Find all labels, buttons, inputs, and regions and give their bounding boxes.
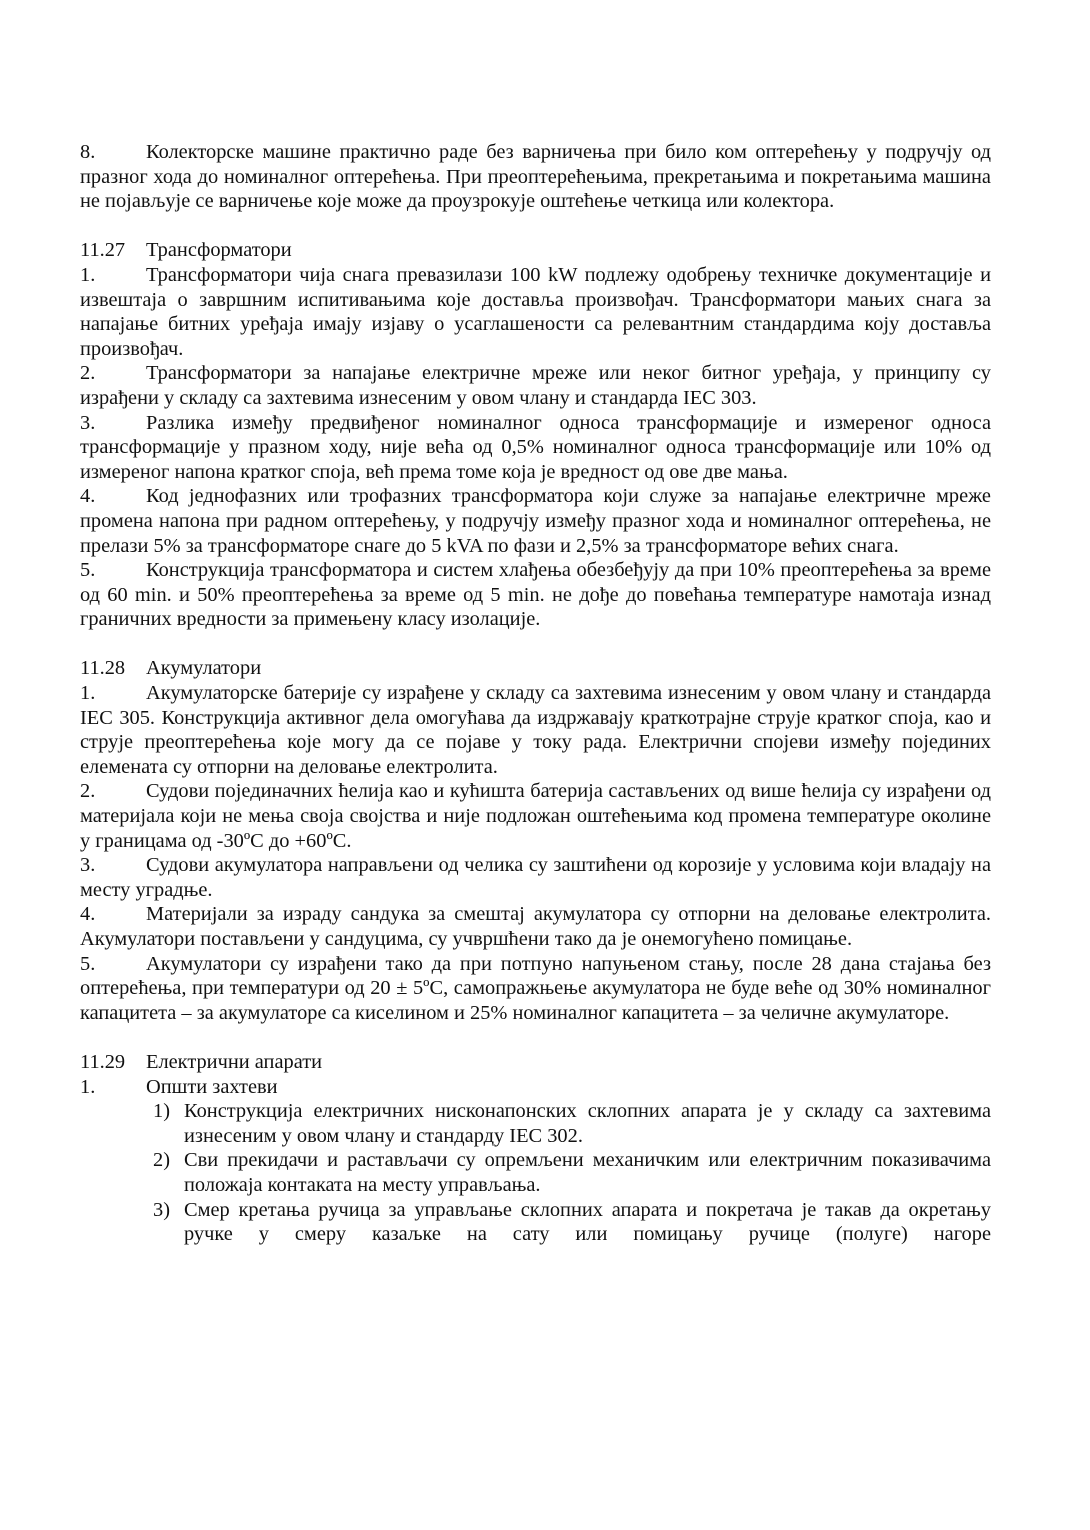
item-number: 8.: [80, 140, 146, 165]
sub-list-item: 3)Смер кретања ручица за управљање склоп…: [153, 1198, 991, 1247]
item-text: Код једнофазних или трофазних трансформа…: [80, 485, 991, 556]
sub-list-item: 2)Сви прекидачи и растављачи су опремљен…: [153, 1148, 991, 1197]
list-item: 1.Трансформатори чија снага превазилази …: [80, 263, 991, 361]
section-title: Електрични апарати: [146, 1051, 322, 1073]
item-text: Конструкција трансформатора и систем хла…: [80, 559, 991, 630]
section-title: Трансформатори: [146, 239, 292, 261]
item-text: Колекторске машине практично раде без ва…: [80, 141, 991, 212]
item-number: 5.: [80, 952, 146, 977]
section-11-27: 11.27Трансформатори 1.Трансформатори чиј…: [80, 238, 991, 632]
section-heading: 11.29Електрични апарати: [80, 1050, 991, 1075]
list-item: 5.Акумулатори су израђени тако да при по…: [80, 952, 991, 1026]
document-page: 8.Колекторске машине практично раде без …: [80, 140, 991, 1247]
item-number: 5.: [80, 558, 146, 583]
item-text: Трансформатори за напајање електричне мр…: [80, 362, 991, 409]
item-number: 2.: [80, 779, 146, 804]
item-text: Акумулаторске батерије су израђене у скл…: [80, 682, 991, 778]
sub-list-item: 1)Конструкција електричних нисконапонски…: [153, 1099, 991, 1148]
item-text: Трансформатори чија снага превазилази 10…: [80, 264, 991, 360]
list-item: 1.Акумулаторске батерије су израђене у с…: [80, 681, 991, 779]
section-heading: 11.28Акумулатори: [80, 656, 991, 681]
item-text: Разлика између предвиђеног номиналног од…: [80, 412, 991, 483]
item-number: 4.: [80, 484, 146, 509]
sub-item-text: Смер кретања ручица за управљање склопни…: [184, 1198, 991, 1247]
item-text: Судови акумулатора направљени од челика …: [80, 854, 991, 901]
list-item: 1.Општи захтеви: [80, 1075, 991, 1100]
item-number: 1.: [80, 1075, 146, 1100]
item-number: 2.: [80, 361, 146, 386]
item-text: Судови појединачних ћелија као и кућишта…: [80, 780, 991, 851]
item-number: 4.: [80, 902, 146, 927]
list-item: 4.Материјали за израду сандука за смешта…: [80, 902, 991, 951]
item-number: 1.: [80, 263, 146, 288]
item-number: 3.: [80, 853, 146, 878]
section-11-29: 11.29Електрични апарати 1.Општи захтеви …: [80, 1050, 991, 1247]
sub-item-number: 1): [153, 1099, 184, 1148]
item-number: 3.: [80, 411, 146, 436]
list-item: 2.Трансформатори за напајање електричне …: [80, 361, 991, 410]
section-heading: 11.27Трансформатори: [80, 238, 991, 263]
list-item: 2.Судови појединачних ћелија као и кућиш…: [80, 779, 991, 853]
sub-item-text: Конструкција електричних нисконапонских …: [184, 1099, 991, 1148]
item-text: Материјали за израду сандука за смештај …: [80, 903, 991, 950]
section-number: 11.27: [80, 238, 146, 263]
sub-item-number: 3): [153, 1198, 184, 1247]
item-text: Акумулатори су израђени тако да при потп…: [80, 953, 991, 1024]
sub-item-text: Сви прекидачи и растављачи су опремљени …: [184, 1148, 991, 1197]
list-item: 3.Разлика између предвиђеног номиналног …: [80, 411, 991, 485]
paragraph-8: 8.Колекторске машине практично раде без …: [80, 140, 991, 214]
section-number: 11.28: [80, 656, 146, 681]
list-item: 3.Судови акумулатора направљени од челик…: [80, 853, 991, 902]
sub-item-number: 2): [153, 1148, 184, 1197]
section-title: Акумулатори: [146, 657, 261, 679]
item-number: 1.: [80, 681, 146, 706]
section-number: 11.29: [80, 1050, 146, 1075]
section-11-28: 11.28Акумулатори 1.Акумулаторске батериј…: [80, 656, 991, 1025]
list-item: 4.Код једнофазних или трофазних трансфор…: [80, 484, 991, 558]
list-item: 5.Конструкција трансформатора и систем х…: [80, 558, 991, 632]
item-text: Општи захтеви: [146, 1076, 278, 1098]
